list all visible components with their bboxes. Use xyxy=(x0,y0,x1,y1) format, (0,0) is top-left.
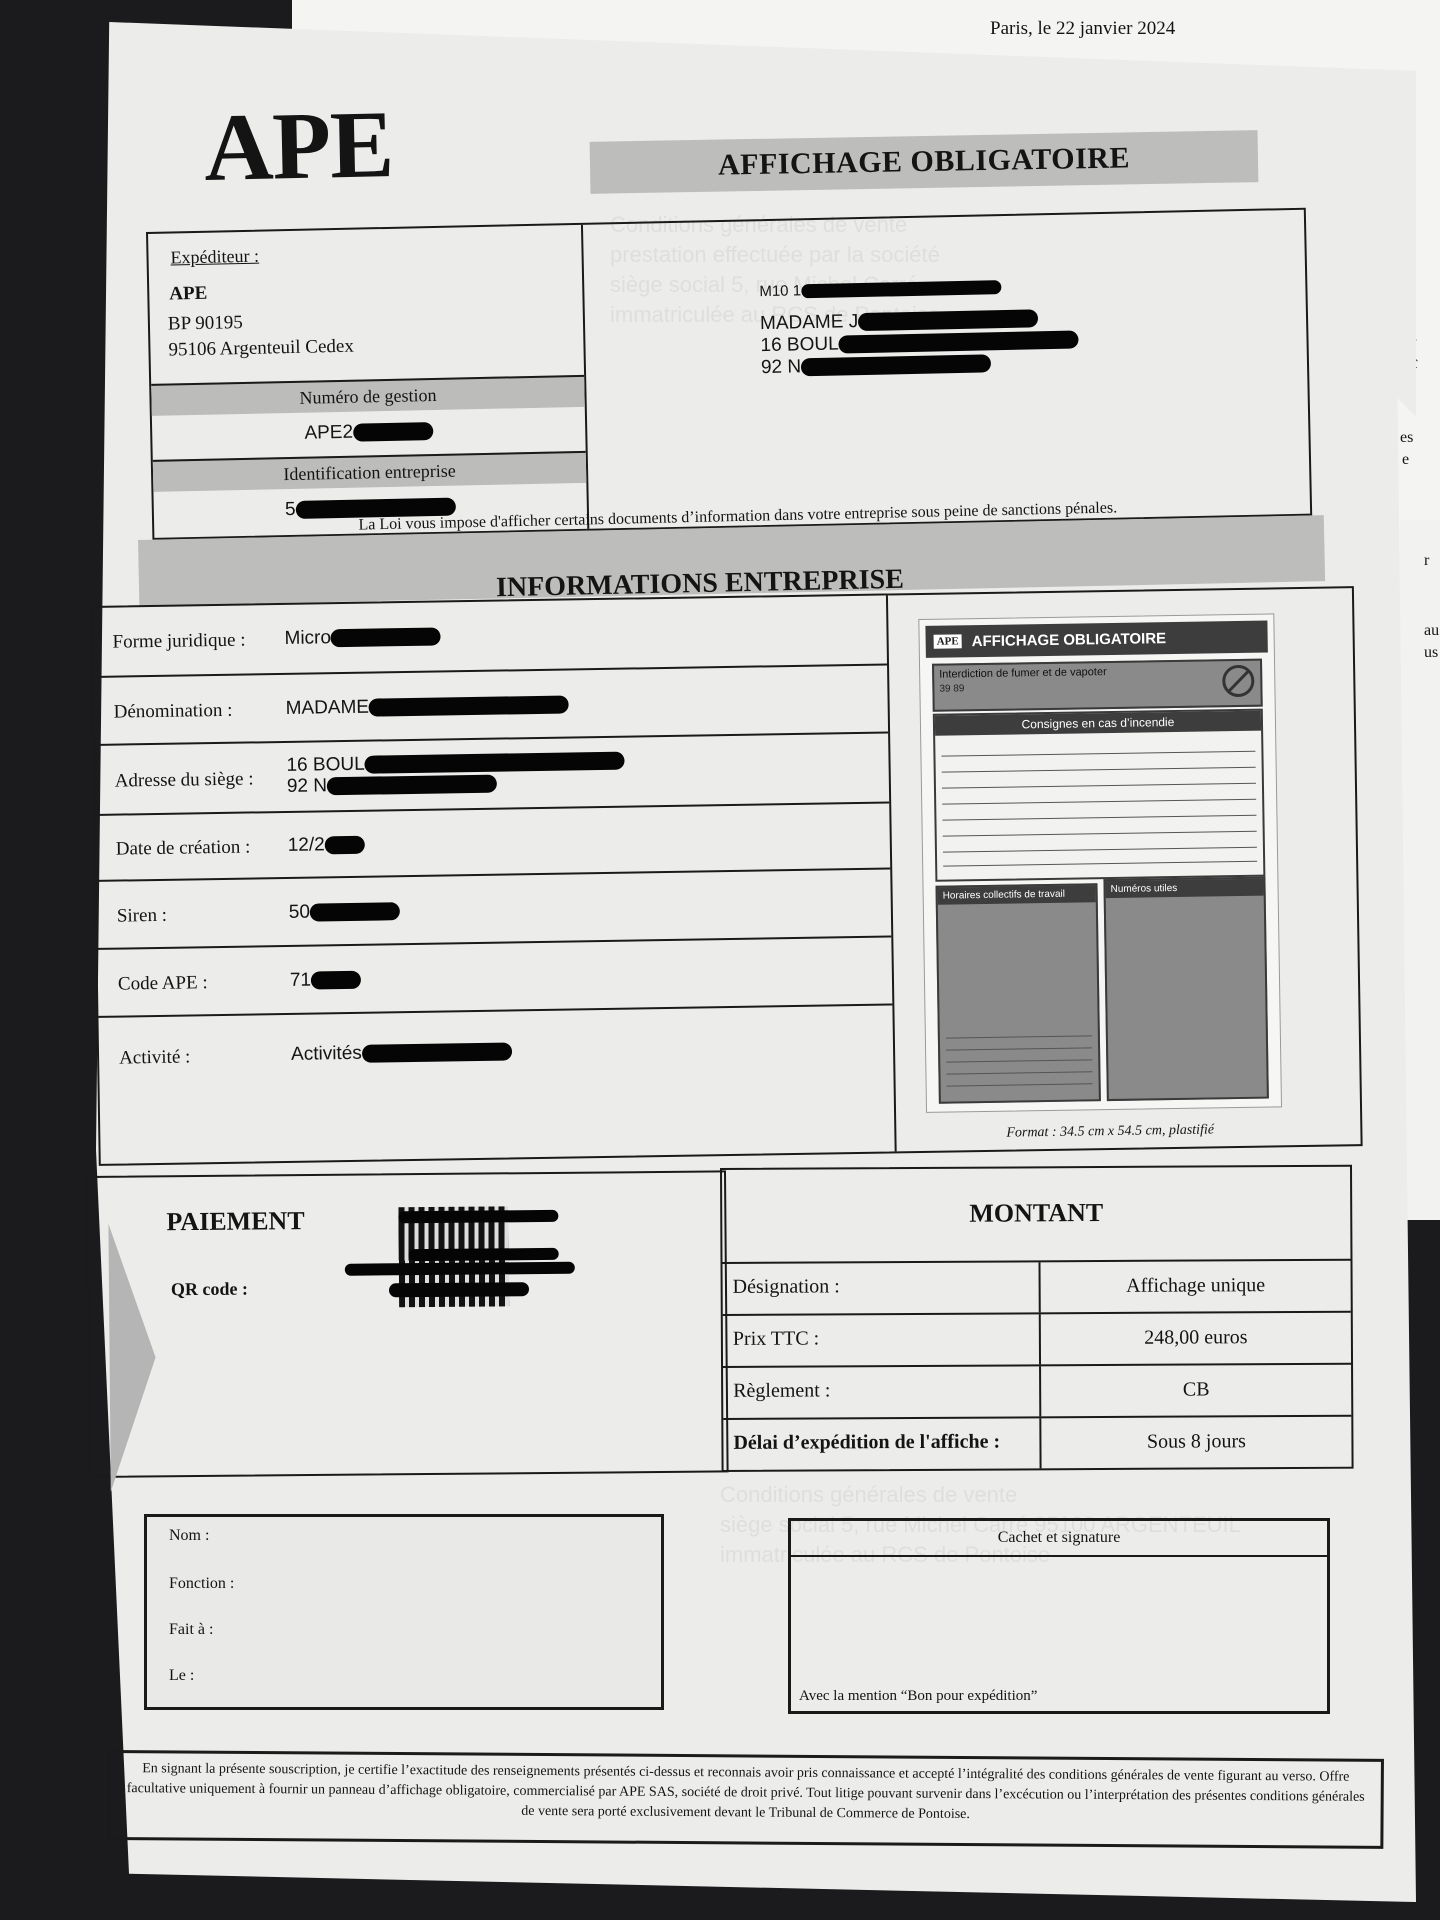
poster-smoking-section: Interdiction de fumer et de vapoter 39 8… xyxy=(932,659,1263,712)
company-info-row: Adresse du siège :16 BOUL92 N xyxy=(94,731,889,813)
sender-name: APE xyxy=(169,283,207,306)
ape-logo: APE xyxy=(203,88,394,203)
redaction xyxy=(801,280,1001,298)
letter-fragment: es xyxy=(1400,428,1413,447)
letter-fragment: r xyxy=(1424,552,1429,570)
sender-panel: Expéditeur : APE BP 90195 95106 Argenteu… xyxy=(148,225,589,538)
legal-footer: En signant la présente souscription, je … xyxy=(107,1750,1384,1849)
amount-value: Sous 8 jours xyxy=(1039,1417,1351,1469)
poster-preview-panel: APE AFFICHAGE OBLIGATOIRE Interdiction d… xyxy=(888,588,1361,1151)
qr-code-label: QR code : xyxy=(171,1279,248,1301)
amount-label: Délai d’expédition de l'affiche : xyxy=(733,1431,1000,1455)
stamp-signature-box[interactable]: Cachet et signature Avec la mention “Bon… xyxy=(788,1518,1330,1714)
company-info-label: Code APE : xyxy=(118,972,208,995)
stamp-mention: Avec la mention “Bon pour expédition” xyxy=(799,1688,1037,1705)
redaction xyxy=(858,309,1038,331)
arrow-icon xyxy=(108,1223,156,1491)
poster-title: AFFICHAGE OBLIGATOIRE xyxy=(972,630,1167,650)
letter-fragment: us xyxy=(1424,644,1438,662)
company-info-rows: Forme juridique :MicroDénomination :MADA… xyxy=(92,595,897,1163)
no-smoking-icon xyxy=(1222,665,1254,697)
company-info-label: Dénomination : xyxy=(114,700,233,724)
company-info-box: Forme juridique :MicroDénomination :MADA… xyxy=(90,586,1363,1166)
amount-row: Désignation :Affichage unique xyxy=(722,1259,1350,1314)
redaction xyxy=(365,752,625,774)
company-info-value: 12/2 xyxy=(288,834,365,856)
company-info-value: 16 BOUL92 N xyxy=(286,750,625,797)
company-info-label: Adresse du siège : xyxy=(115,768,254,792)
redaction xyxy=(353,422,433,442)
redaction xyxy=(327,775,497,796)
signatory-box[interactable]: Nom : Fonction : Fait à : Le : xyxy=(144,1514,664,1710)
company-info-value: Micro xyxy=(284,625,441,648)
amount-row: Délai d’expédition de l'affiche :Sous 8 … xyxy=(723,1415,1351,1470)
recipient-ref: M10 1 xyxy=(759,276,1001,302)
redaction xyxy=(311,971,361,990)
company-info-label: Siren : xyxy=(117,905,167,928)
company-info-row: Siren :50 xyxy=(96,867,891,947)
redaction xyxy=(310,902,400,921)
company-info-value: 71 xyxy=(290,969,361,991)
company-info-row: Date de création :12/2 xyxy=(95,801,890,879)
company-info-label: Activité : xyxy=(119,1046,191,1069)
poster-preview: APE AFFICHAGE OBLIGATOIRE Interdiction d… xyxy=(918,613,1282,1113)
amount-label: Désignation : xyxy=(733,1275,840,1299)
sender-address-line1: BP 90195 xyxy=(168,312,243,336)
recipient-city: 92 N xyxy=(761,352,992,378)
place-field-label: Fait à : xyxy=(169,1621,213,1639)
sender-address-line2: 95106 Argenteuil Cedex xyxy=(168,336,354,362)
amount-label: Prix TTC : xyxy=(733,1327,819,1350)
payment-box: PAIEMENT QR code : xyxy=(86,1170,729,1478)
company-info-value: Activités xyxy=(291,1040,512,1064)
amount-row: Règlement :CB xyxy=(723,1363,1351,1418)
stamp-title: Cachet et signature xyxy=(791,1521,1327,1557)
poster-format: Format : 34.5 cm x 54.5 cm, plastifié xyxy=(1006,1122,1214,1141)
amount-box: MONTANT Désignation :Affichage uniquePri… xyxy=(720,1165,1354,1472)
legal-line1: En signant la présente souscription, je … xyxy=(142,1761,1214,1783)
redaction xyxy=(362,1042,512,1062)
sender-label: Expéditeur : xyxy=(170,246,259,269)
date-field-label: Le : xyxy=(169,1667,194,1685)
qr-code-redacted xyxy=(348,1200,529,1322)
letter-fragment: au xyxy=(1424,622,1439,640)
poster-fire-section: Consignes en cas d’incendie xyxy=(933,709,1266,882)
amount-value: 248,00 euros xyxy=(1039,1313,1351,1365)
company-info-row: Dénomination :MADAME xyxy=(93,663,888,743)
redaction xyxy=(331,627,441,647)
poster-numbers-section: Numéros utiles xyxy=(1103,877,1268,1102)
amount-value: Affichage unique xyxy=(1038,1261,1350,1313)
amount-label: Règlement : xyxy=(733,1379,830,1403)
company-info-value: 50 xyxy=(289,900,400,923)
function-field-label: Fonction : xyxy=(169,1575,234,1593)
amount-title: MONTANT xyxy=(722,1197,1350,1230)
company-info-row: Forme juridique :Micro xyxy=(92,595,887,675)
address-box: Expéditeur : APE BP 90195 95106 Argenteu… xyxy=(146,208,1312,540)
company-info-row: Code APE :71 xyxy=(97,935,892,1015)
redaction xyxy=(325,836,365,855)
poster-hours-section: Horaires collectifs de travail xyxy=(935,883,1100,1104)
redaction xyxy=(369,695,569,716)
company-info-value: MADAME xyxy=(285,693,569,718)
amount-row: Prix TTC :248,00 euros xyxy=(723,1311,1351,1366)
name-field-label: Nom : xyxy=(169,1527,209,1545)
amount-value: CB xyxy=(1039,1365,1351,1417)
poster-header: APE AFFICHAGE OBLIGATOIRE xyxy=(925,621,1267,658)
payment-title: PAIEMENT xyxy=(166,1206,304,1237)
company-info-row: Activité :Activités xyxy=(98,1003,893,1095)
company-info-label: Forme juridique : xyxy=(112,630,245,654)
company-info-label: Date de création : xyxy=(116,837,251,861)
poster-brand: APE xyxy=(934,634,962,648)
letter-fragment: e xyxy=(1402,450,1409,469)
letter-date: Paris, le 22 janvier 2024 xyxy=(990,18,1175,40)
redaction xyxy=(838,330,1078,353)
redaction xyxy=(801,354,991,376)
management-number-value: APE2 xyxy=(152,407,586,458)
